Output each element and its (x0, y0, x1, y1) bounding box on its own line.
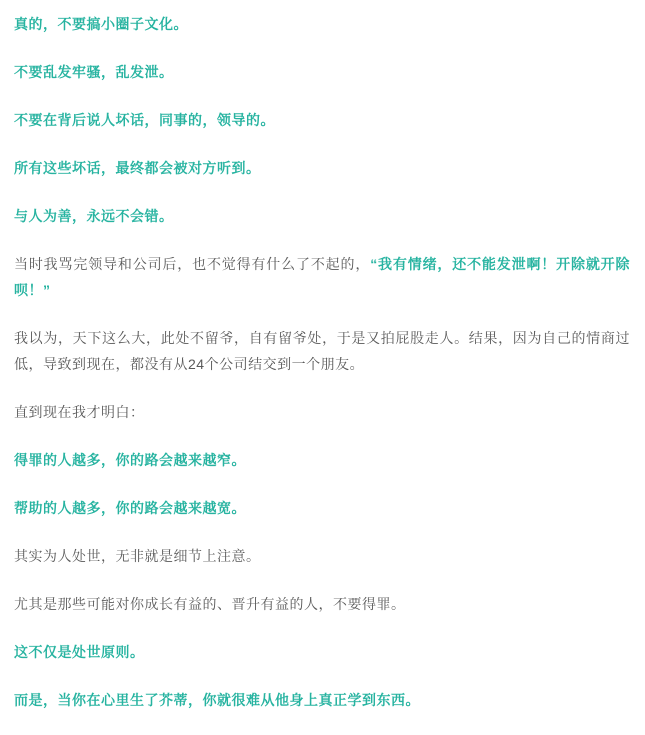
paragraph-emphasis: 不要在背后说人坏话，同事的，领导的。 (14, 107, 630, 133)
paragraph-text: 我以为，天下这么大，此处不留爷，自有留爷处，于是又拍屁股走人。结果，因为自己的情… (14, 325, 630, 377)
paragraph-text: 尤其是那些可能对你成长有益的、晋升有益的人，不要得罪。 (14, 591, 630, 617)
paragraph-normal-segment: 当时我骂完领导和公司后，也不觉得有什么了不起的， (14, 256, 370, 272)
paragraph-emphasis: 得罪的人越多，你的路会越来越窄。 (14, 447, 630, 473)
paragraph-emphasis: 所有这些坏话，最终都会被对方听到。 (14, 155, 630, 181)
paragraph-emphasis: 帮助的人越多，你的路会越来越宽。 (14, 495, 630, 521)
paragraph-emphasis: 而是，当你在心里生了芥蒂，你就很难从他身上真正学到东西。 (14, 687, 630, 713)
paragraph-emphasis: 不要乱发牢骚，乱发泄。 (14, 59, 630, 85)
paragraph-text: 直到现在我才明白： (14, 399, 630, 425)
paragraph-emphasis: 这不仅是处世原则。 (14, 639, 630, 665)
paragraph-emphasis: 真的，不要搞小圈子文化。 (14, 11, 630, 37)
article-body: 真的，不要搞小圈子文化。不要乱发牢骚，乱发泄。不要在背后说人坏话，同事的，领导的… (0, 0, 645, 735)
paragraph-text: 其实为人处世，无非就是细节上注意。 (14, 543, 630, 569)
paragraph-emphasis: 与人为善，永远不会错。 (14, 203, 630, 229)
paragraph-mixed: 当时我骂完领导和公司后，也不觉得有什么了不起的，“我有情绪，还不能发泄啊！开除就… (14, 251, 630, 303)
